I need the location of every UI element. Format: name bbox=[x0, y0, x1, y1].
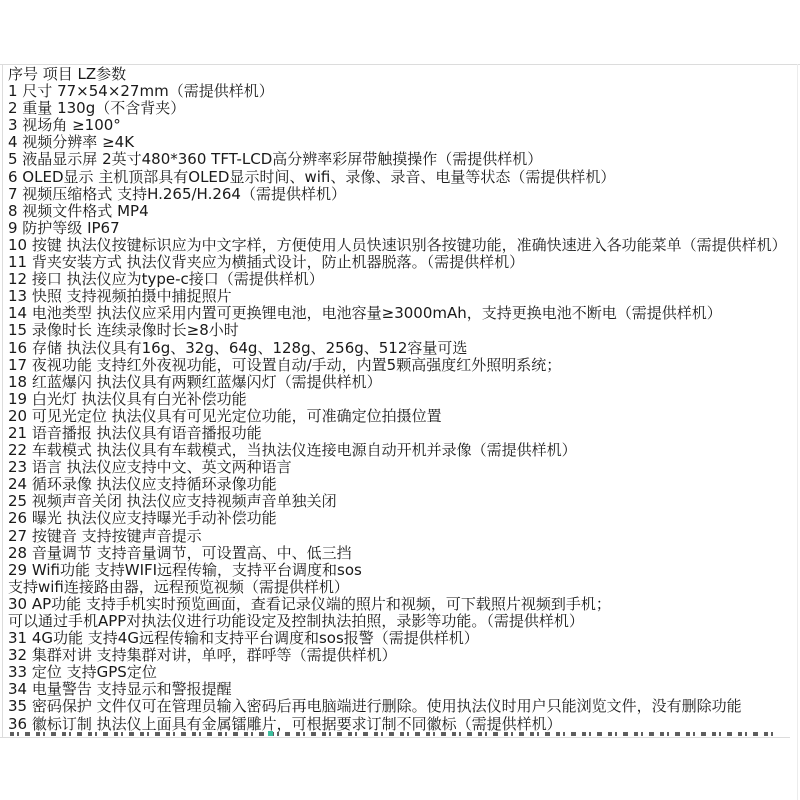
spec-list: 序号 项目 LZ参数 1 尺寸 77×54×27mm（需提供样机）2 重量 13… bbox=[8, 66, 792, 733]
clipped-green-mark bbox=[268, 731, 273, 736]
spec-row-11: 11 背夹安装方式 执法仪背夹应为横插式设计，防止机器脱落。（需提供样机） bbox=[8, 254, 792, 271]
spec-row-continuation: 可以通过手机APP对执法仪进行功能设定及控制执法拍照，录影等功能。（需提供样机） bbox=[8, 613, 792, 630]
spec-row-10: 10 按键 执法仪按键标识应为中文字样，方便使用人员快速识别各按键功能，准确快速… bbox=[8, 237, 792, 254]
spec-row-6: 6 OLED显示 主机顶部具有OLED显示时间、wifi、录像、录音、电量等状态… bbox=[8, 169, 792, 186]
spec-row-27: 27 按键音 支持按键声音提示 bbox=[8, 528, 792, 545]
spec-row-15: 15 录像时长 连续录像时长≥8小时 bbox=[8, 322, 792, 339]
spec-row-21: 21 语音播报 执法仪具有语音播报功能 bbox=[8, 425, 792, 442]
spec-row-7: 7 视频压缩格式 支持H.265/H.264（需提供样机） bbox=[8, 186, 792, 203]
spec-row-30: 30 AP功能 支持手机实时预览画面，查看记录仪端的照片和视频，可下载照片视频到… bbox=[8, 596, 792, 613]
spec-row-continuation: 支持wifi连接路由器，远程预览视频（需提供样机） bbox=[8, 579, 792, 596]
spec-row-19: 19 白光灯 执法仪具有白光补偿功能 bbox=[8, 391, 792, 408]
spec-row-22: 22 车载模式 执法仪具有车载模式，当执法仪连接电源自动开机并录像（需提供样机） bbox=[8, 442, 792, 459]
spec-row-24: 24 循环录像 执法仪应支持循环录像功能 bbox=[8, 476, 792, 493]
spec-row-35: 35 密码保护 文件仅可在管理员输入密码后再电脑端进行删除。使用执法仪时用户只能… bbox=[8, 698, 792, 715]
table-top-border bbox=[0, 64, 800, 65]
spec-row-34: 34 电量警告 支持显示和警报提醒 bbox=[8, 681, 792, 698]
spec-row-8: 8 视频文件格式 MP4 bbox=[8, 203, 792, 220]
spec-header-row: 序号 项目 LZ参数 bbox=[8, 66, 792, 83]
spec-row-9: 9 防护等级 IP67 bbox=[8, 220, 792, 237]
spec-document-page: 序号 项目 LZ参数 1 尺寸 77×54×27mm（需提供样机）2 重量 13… bbox=[0, 0, 800, 800]
table-right-border bbox=[797, 64, 798, 800]
spec-row-29: 29 Wifi功能 支持WIFI远程传输，支持平台调度和sos bbox=[8, 562, 792, 579]
clipped-text-row bbox=[10, 732, 775, 736]
spec-row-28: 28 音量调节 支持音量调节，可设置高、中、低三挡 bbox=[8, 545, 792, 562]
spec-row-4: 4 视频分辨率 ≥4K bbox=[8, 134, 792, 151]
spec-row-17: 17 夜视功能 支持红外夜视功能，可设置自动/手动，内置5颗高强度红外照明系统； bbox=[8, 357, 792, 374]
spec-rows-container: 1 尺寸 77×54×27mm（需提供样机）2 重量 130g（不含背夹）3 视… bbox=[8, 83, 792, 733]
spec-row-13: 13 快照 支持视频拍摄中捕捉照片 bbox=[8, 288, 792, 305]
spec-row-31: 31 4G功能 支持4G远程传输和支持平台调度和sos报警（需提供样机） bbox=[8, 630, 792, 647]
spec-row-14: 14 电池类型 执法仪应采用内置可更换锂电池，电池容量≥3000mAh，支持更换… bbox=[8, 305, 792, 322]
spec-row-20: 20 可见光定位 执法仪具有可见光定位功能，可准确定位拍摄位置 bbox=[8, 408, 792, 425]
spec-row-36: 36 徽标订制 执法仪上面具有金属镭雕片，可根据要求订制不同徽标（需提供样机） bbox=[8, 716, 792, 733]
spec-row-26: 26 曝光 执法仪应支持曝光手动补偿功能 bbox=[8, 510, 792, 527]
spec-row-33: 33 定位 支持GPS定位 bbox=[8, 664, 792, 681]
spec-row-25: 25 视频声音关闭 执法仪应支持视频声音单独关闭 bbox=[8, 493, 792, 510]
table-left-border bbox=[2, 64, 3, 737]
spec-row-23: 23 语言 执法仪应支持中文、英文两种语言 bbox=[8, 459, 792, 476]
spec-row-32: 32 集群对讲 支持集群对讲，单呼，群呼等（需提供样机） bbox=[8, 647, 792, 664]
spec-row-1: 1 尺寸 77×54×27mm（需提供样机） bbox=[8, 83, 792, 100]
spec-row-2: 2 重量 130g（不含背夹） bbox=[8, 100, 792, 117]
spec-row-16: 16 存储 执法仪具有16g、32g、64g、128g、256g、512容量可选 bbox=[8, 340, 792, 357]
spec-row-5: 5 液晶显示屏 2英寸480*360 TFT-LCD高分辨率彩屏带触摸操作（需提… bbox=[8, 151, 792, 168]
table-bottom-border bbox=[0, 737, 790, 738]
spec-row-18: 18 红蓝爆闪 执法仪具有两颗红蓝爆闪灯（需提供样机） bbox=[8, 374, 792, 391]
spec-row-3: 3 视场角 ≥100° bbox=[8, 117, 792, 134]
spec-row-12: 12 接口 执法仪应为type-c接口（需提供样机） bbox=[8, 271, 792, 288]
